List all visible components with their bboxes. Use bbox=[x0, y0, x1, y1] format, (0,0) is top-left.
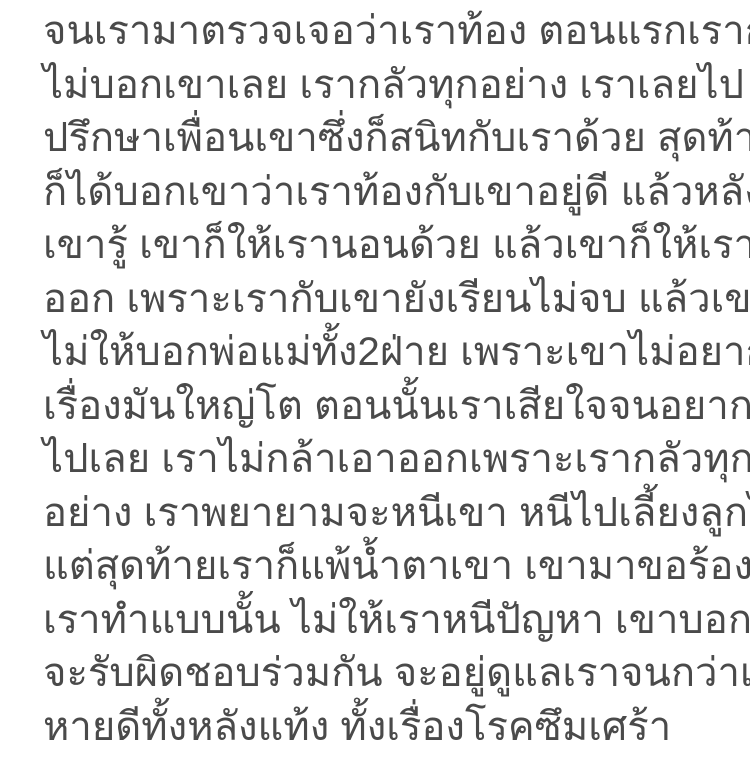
paragraph-line: ไม่ให้บอกพ่อแม่ทั้ง2ฝ่าย เพราะเขาไม่อยาก… bbox=[43, 326, 722, 380]
paragraph-line: ออก เพราะเรากับเขายังเรียนไม่จบ แล้วเขาก… bbox=[43, 273, 722, 327]
paragraph-line: จนเรามาตรวจเจอว่าเราท้อง ตอนแรกเรากะจะ bbox=[43, 5, 722, 59]
paragraph-line: เราทำแบบนั้น ไม่ให้เราหนีปัญหา เขาบอกว่า… bbox=[43, 594, 722, 648]
paragraph-line: อย่าง เราพยายามจะหนีเขา หนีไปเลี้ยงลูกไร… bbox=[43, 487, 722, 541]
paragraph-line: หายดีทั้งหลังแท้ง ทั้งเรื่องโรคซึมเศร้า bbox=[43, 701, 722, 755]
paragraph-line: แต่สุดท้ายเราก็แพ้น้ำตาเขา เขามาขอร้องไม… bbox=[43, 540, 722, 594]
paragraph-line: จะรับผิดชอบร่วมกัน จะอยู่ดูแลเราจนกว่าเร… bbox=[43, 647, 722, 701]
paragraph-line: ไม่บอกเขาเลย เรากลัวทุกอย่าง เราเลยไป bbox=[43, 59, 722, 113]
paragraph-line: ปรึกษาเพื่อนเขาซึ่งก็สนิทกับเราด้วย สุดท… bbox=[43, 112, 722, 166]
paragraph-line: เขารู้ เขาก็ให้เรานอนด้วย แล้วเขาก็ให้เร… bbox=[43, 219, 722, 273]
post-body-text: จนเรามาตรวจเจอว่าเราท้อง ตอนแรกเรากะจะ ไ… bbox=[0, 0, 750, 754]
paragraph-line: ไปเลย เราไม่กล้าเอาออกเพราะเรากลัวทุกๆ bbox=[43, 433, 722, 487]
paragraph-line: เรื่องมันใหญ่โต ตอนนั้นเราเสียใจจนอยากตา… bbox=[43, 380, 722, 434]
paragraph-line: ก็ได้บอกเขาว่าเราท้องกับเขาอยู่ดี แล้วหล… bbox=[43, 166, 722, 220]
